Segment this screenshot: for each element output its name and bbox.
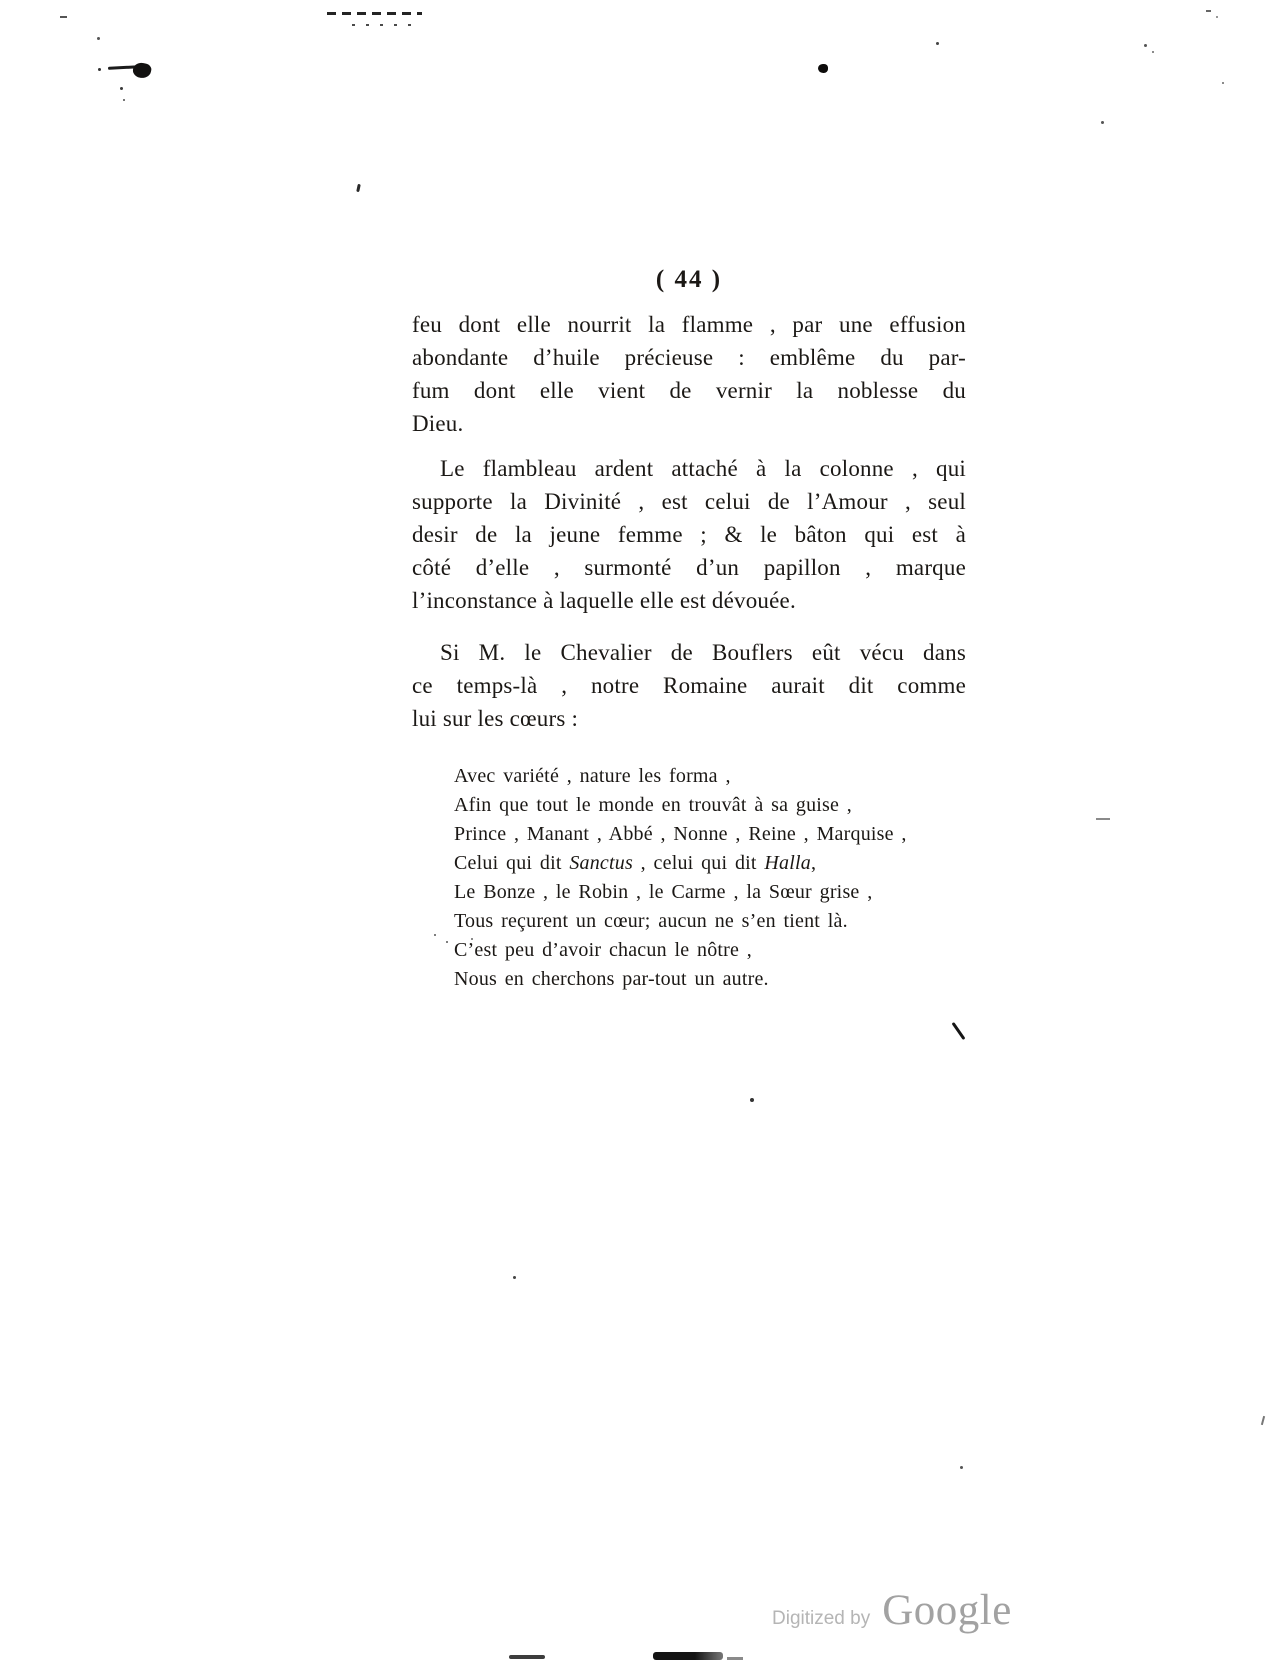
poem: Avec variété , nature les forma , Afin q…: [454, 762, 966, 994]
ink-speck: [750, 1098, 754, 1102]
ink-speck: [97, 37, 100, 40]
poem-line: Prince , Manant , Abbé , Nonne , Reine ,…: [454, 820, 966, 849]
ink-speck: [446, 941, 448, 943]
ink-speck: [960, 1466, 963, 1469]
text-line: Dieu.: [412, 407, 966, 440]
ink-speck: [1222, 82, 1224, 84]
ink-speck: [1144, 44, 1147, 47]
ink-blob: [132, 61, 153, 79]
ink-tick: [356, 184, 361, 192]
text-line: Le flambleau ardent attaché à la colonne…: [412, 452, 966, 485]
poem-line: Avec variété , nature les forma ,: [454, 762, 966, 791]
text-line: supporte la Divinité , est celui de l’Am…: [412, 485, 966, 518]
text-line: lui sur les cœurs :: [412, 702, 966, 735]
google-logo: Google: [882, 1586, 1012, 1635]
ink-speck: [123, 99, 125, 101]
text-line: abondante d’huile précieuse : emblême du…: [412, 341, 966, 374]
ink-speck: [1216, 16, 1218, 18]
ink-speck: [513, 1276, 516, 1279]
ink-backslash: [952, 1022, 966, 1040]
ink-speck: [60, 16, 67, 18]
google-watermark: Digitized by Google: [772, 1586, 1012, 1635]
digitized-by-label: Digitized by: [772, 1608, 870, 1630]
page-number: ( 44 ): [412, 266, 966, 294]
ink-tick: [1261, 1416, 1265, 1425]
poem-line: Tous reçurent un cœur; aucun ne s’en tie…: [454, 907, 966, 936]
ink-dash: [1096, 818, 1110, 820]
ink-speck: [434, 934, 436, 936]
text-line: ce temps-là , notre Romaine aurait dit c…: [412, 669, 966, 702]
poem-line: C’est peu d’avoir chacun le nôtre ,: [454, 936, 966, 965]
ink-mark-top-dashes: [327, 12, 422, 15]
ink-speck: [1206, 10, 1211, 12]
ink-speck: [98, 68, 101, 71]
poem-line: Le Bonze , le Robin , le Carme , la Sœur…: [454, 878, 966, 907]
scanned-page: ( 44 ) feu dont elle nourrit la flamme ,…: [0, 0, 1280, 1666]
text-line: côté d’elle , surmonté d’un papillon , m…: [412, 551, 966, 584]
ink-speck: [936, 42, 939, 45]
poem-line: Celui qui dit Sanctus , celui qui dit Ha…: [454, 849, 966, 878]
ink-speck: [1152, 51, 1154, 53]
text-line: desir de la jeune femme ; & le bâton qui…: [412, 518, 966, 551]
text-line: feu dont elle nourrit la flamme , par un…: [412, 308, 966, 341]
ink-speck: [120, 87, 123, 90]
ink-mark-top-dots: [352, 24, 414, 26]
ink-bottom-tail: [727, 1657, 743, 1660]
text-line: l’inconstance à laquelle elle est dévoué…: [412, 584, 966, 617]
ink-bottom-smear: [653, 1652, 723, 1660]
poem-line: Nous en cherchons par-tout un autre.: [454, 965, 966, 994]
ink-bottom-dash: [509, 1655, 545, 1659]
poem-line: Afin que tout le monde en trouvât à sa g…: [454, 791, 966, 820]
text-line: fum dont elle vient de vernir la nobless…: [412, 374, 966, 407]
paragraph: feu dont elle nourrit la flamme , par un…: [412, 308, 966, 440]
text-line: Si M. le Chevalier de Bouflers eût vécu …: [412, 636, 966, 669]
paragraph: Le flambleau ardent attaché à la colonne…: [412, 452, 966, 617]
paragraph: Si M. le Chevalier de Bouflers eût vécu …: [412, 636, 966, 735]
ink-dot: [818, 64, 828, 73]
ink-speck: [471, 938, 473, 940]
ink-speck: [1101, 121, 1104, 124]
